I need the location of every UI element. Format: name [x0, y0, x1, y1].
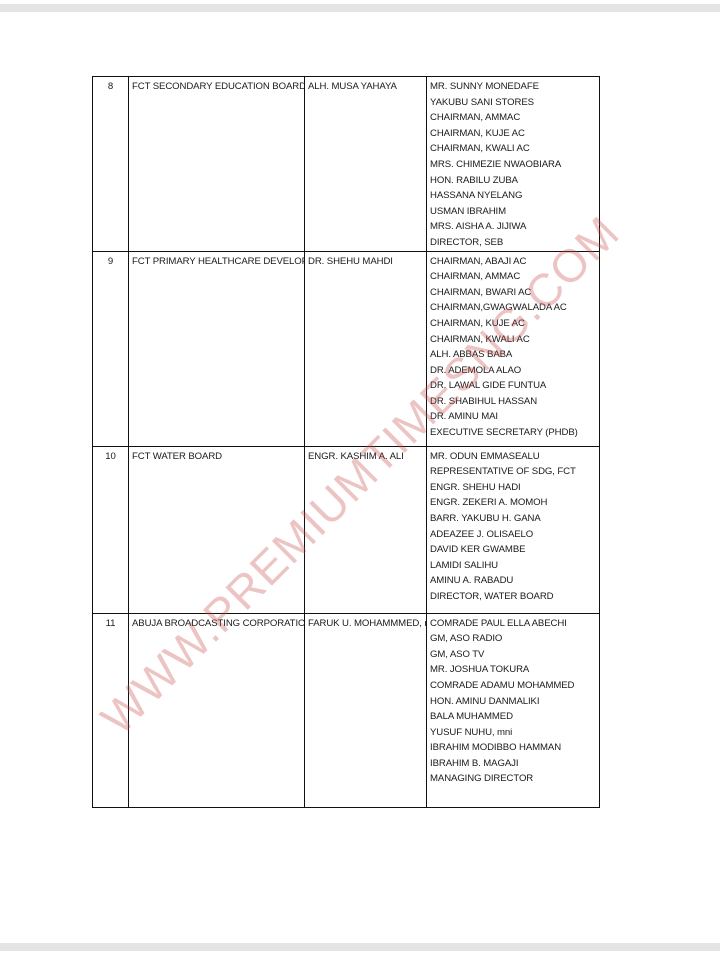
table-row: 11ABUJA BROADCASTING CORPORATIONFARUK U.… — [93, 613, 600, 807]
member-entry: EXECUTIVE SECRETARY (PHDB) — [430, 425, 596, 441]
member-entry: ADEAZEE J. OLISAELO — [430, 527, 596, 543]
member-entry: CHAIRMAN, ABAJI AC — [430, 254, 596, 270]
board-name-cell: FCT PRIMARY HEALTHCARE DEVELOPMENT BOARD — [129, 251, 305, 446]
member-entry: CHAIRMAN, KWALI AC — [430, 332, 596, 348]
member-entry: IBRAHIM MODIBBO HAMMAN — [430, 740, 596, 756]
member-entry: DAVID KER GWAMBE — [430, 542, 596, 558]
member-entry: CHAIRMAN, KUJE AC — [430, 126, 596, 142]
member-entry: COMRADE PAUL ELLA ABECHI — [430, 616, 596, 632]
member-entry: AMINU A. RABADU — [430, 573, 596, 589]
member-entry: CHAIRMAN, KWALI AC — [430, 141, 596, 157]
board-name-cell: FCT SECONDARY EDUCATION BOARD — [129, 77, 305, 252]
viewer-bottom-gap — [0, 943, 720, 951]
member-entry: DIRECTOR, SEB — [430, 235, 596, 251]
member-entry: USMAN IBRAHIM — [430, 204, 596, 220]
serial-number-cell: 11 — [93, 613, 129, 807]
member-entry: YAKUBU SANI STORES — [430, 95, 596, 111]
viewer-top-gap — [0, 4, 720, 12]
member-entry: BARR. YAKUBU H. GANA — [430, 511, 596, 527]
members-cell: MR. ODUN EMMASEALUREPRESENTATIVE OF SDG,… — [427, 446, 600, 613]
member-entry: MANAGING DIRECTOR — [430, 771, 596, 787]
table-row: 8FCT SECONDARY EDUCATION BOARDALH. MUSA … — [93, 77, 600, 252]
serial-number-cell: 10 — [93, 446, 129, 613]
member-entry: DR. ADEMOLA ALAO — [430, 363, 596, 379]
member-entry: CHAIRMAN, KUJE AC — [430, 316, 596, 332]
member-entry: HON. AMINU DANMALIKI — [430, 694, 596, 710]
board-name-cell: ABUJA BROADCASTING CORPORATION — [129, 613, 305, 807]
member-entry: DR. LAWAL GIDE FUNTUA — [430, 378, 596, 394]
serial-number-cell: 8 — [93, 77, 129, 252]
member-entry: MR. SUNNY MONEDAFE — [430, 79, 596, 95]
chairman-cell: FARUK U. MOHAMMMED, mni. — [305, 613, 427, 807]
members-cell: CHAIRMAN, ABAJI ACCHAIRMAN, AMMACCHAIRMA… — [427, 251, 600, 446]
member-entry: LAMIDI SALIHU — [430, 558, 596, 574]
member-entry: HON. RABILU ZUBA — [430, 173, 596, 189]
member-entry: DR. SHABIHUL HASSAN — [430, 394, 596, 410]
member-entry: CHAIRMAN, AMMAC — [430, 110, 596, 126]
board-name-cell: FCT WATER BOARD — [129, 446, 305, 613]
member-entry: GM, ASO TV — [430, 647, 596, 663]
member-entry: CHAIRMAN,GWAGWALADA AC — [430, 300, 596, 316]
member-entry: ALH. ABBAS BABA — [430, 347, 596, 363]
board-members-table: 8FCT SECONDARY EDUCATION BOARDALH. MUSA … — [92, 76, 600, 808]
table-row: 9FCT PRIMARY HEALTHCARE DEVELOPMENT BOAR… — [93, 251, 600, 446]
member-entry: IBRAHIM B. MAGAJI — [430, 756, 596, 772]
members-cell: COMRADE PAUL ELLA ABECHIGM, ASO RADIOGM,… — [427, 613, 600, 807]
member-entry: GM, ASO RADIO — [430, 631, 596, 647]
member-entry: MR. JOSHUA TOKURA — [430, 662, 596, 678]
chairman-cell: ENGR. KASHIM A. ALI — [305, 446, 427, 613]
member-entry: MRS. CHIMEZIE NWAOBIARA — [430, 157, 596, 173]
member-entry: HASSANA NYELANG — [430, 188, 596, 204]
serial-number-cell: 9 — [93, 251, 129, 446]
table-row: 10FCT WATER BOARDENGR. KASHIM A. ALIMR. … — [93, 446, 600, 613]
member-entry: CHAIRMAN, BWARI AC — [430, 285, 596, 301]
member-entry: DR. AMINU MAI — [430, 409, 596, 425]
member-entry: BALA MUHAMMED — [430, 709, 596, 725]
chairman-cell: ALH. MUSA YAHAYA — [305, 77, 427, 252]
member-entry: DIRECTOR, WATER BOARD — [430, 589, 596, 605]
member-entry: CHAIRMAN, AMMAC — [430, 269, 596, 285]
member-entry: COMRADE ADAMU MOHAMMED — [430, 678, 596, 694]
chairman-cell: DR. SHEHU MAHDI — [305, 251, 427, 446]
member-entry: ENGR. ZEKERI A. MOMOH — [430, 495, 596, 511]
member-entry: YUSUF NUHU, mni — [430, 725, 596, 741]
members-cell: MR. SUNNY MONEDAFEYAKUBU SANI STORESCHAI… — [427, 77, 600, 252]
member-entry: MRS. AISHA A. JIJIWA — [430, 219, 596, 235]
member-entry: ENGR. SHEHU HADI — [430, 480, 596, 496]
member-entry: REPRESENTATIVE OF SDG, FCT — [430, 464, 596, 480]
member-entry: MR. ODUN EMMASEALU — [430, 449, 596, 465]
